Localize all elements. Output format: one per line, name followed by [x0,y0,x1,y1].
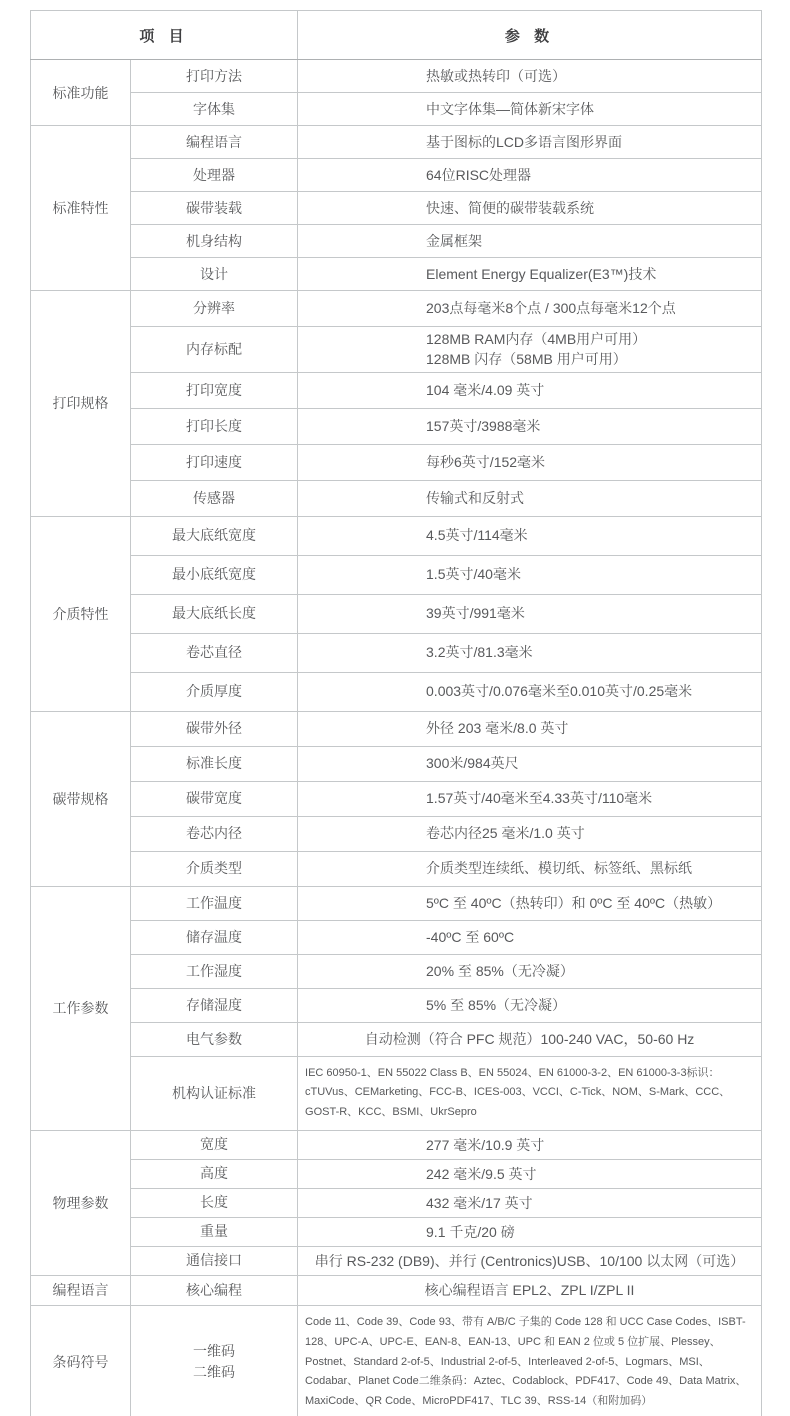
spec-label-cell: 介质类型 [131,851,298,886]
spec-value-cell: 157英寸/3988毫米 [298,408,762,444]
spec-row: 物理参数宽度277 毫米/10.9 英寸 [31,1130,762,1159]
spec-row: 碳带装载快速、简便的碳带装载系统 [31,192,762,225]
spec-value-cell: 基于图标的LCD多语言图形界面 [298,126,762,159]
spec-row: 储存温度-40ºC 至 60ºC [31,920,762,954]
category-cell: 条码符号 [31,1305,131,1416]
spec-row: 标准功能打印方法热敏或热转印（可选） [31,60,762,93]
spec-row: 机身结构金属框架 [31,225,762,258]
spec-label-cell: 电气参数 [131,1022,298,1056]
spec-row: 打印速度每秒6英寸/152毫米 [31,444,762,480]
spec-label-cell: 存储湿度 [131,988,298,1022]
spec-value-cell: 介质类型连续纸、模切纸、标签纸、黑标纸 [298,851,762,886]
spec-row: 介质类型介质类型连续纸、模切纸、标签纸、黑标纸 [31,851,762,886]
spec-label-cell: 通信接口 [131,1246,298,1275]
spec-value-cell: 277 毫米/10.9 英寸 [298,1130,762,1159]
spec-row: 介质特性最大底纸宽度4.5英寸/114毫米 [31,516,762,555]
spec-row: 打印规格分辨率203点每毫米8个点 / 300点每毫米12个点 [31,291,762,327]
spec-row: 电气参数自动检测（符合 PFC 规范）100-240 VAC，50-60 Hz [31,1022,762,1056]
spec-row: 字体集中文字体集—简体新宋字体 [31,93,762,126]
spec-value-cell: -40ºC 至 60ºC [298,920,762,954]
spec-row: 最大底纸长度39英寸/991毫米 [31,594,762,633]
category-cell: 标准特性 [31,126,131,291]
spec-label-cell: 设计 [131,258,298,291]
spec-label-cell: 碳带宽度 [131,781,298,816]
spec-label-cell: 介质厚度 [131,672,298,711]
spec-value-cell: 242 毫米/9.5 英寸 [298,1159,762,1188]
spec-label-cell: 处理器 [131,159,298,192]
spec-label-cell: 最大底纸宽度 [131,516,298,555]
spec-value-cell: IEC 60950-1、EN 55022 Class B、EN 55024、EN… [298,1056,762,1130]
spec-value-cell: Element Energy Equalizer(E3™)技术 [298,258,762,291]
spec-label-cell: 工作湿度 [131,954,298,988]
spec-value-cell: 128MB RAM内存（4MB用户可用） 128MB 闪存（58MB 用户可用） [298,327,762,373]
spec-row: 碳带规格碳带外径外径 203 毫米/8.0 英寸 [31,711,762,746]
spec-value-cell: Code 11、Code 39、Code 93、带有 A/B/C 子集的 Cod… [298,1305,762,1416]
spec-label-cell: 长度 [131,1188,298,1217]
spec-label-cell: 打印方法 [131,60,298,93]
spec-row: 设计Element Energy Equalizer(E3™)技术 [31,258,762,291]
spec-label-cell: 核心编程 [131,1275,298,1305]
spec-value-cell: 中文字体集—简体新宋字体 [298,93,762,126]
spec-row: 卷芯直径3.2英寸/81.3毫米 [31,633,762,672]
spec-row: 内存标配128MB RAM内存（4MB用户可用） 128MB 闪存（58MB 用… [31,327,762,373]
spec-row: 编程语言核心编程核心编程语言 EPL2、ZPL I/ZPL II [31,1275,762,1305]
spec-value-cell: 1.5英寸/40毫米 [298,555,762,594]
spec-value-cell: 39英寸/991毫米 [298,594,762,633]
category-cell: 碳带规格 [31,711,131,886]
spec-label-cell: 内存标配 [131,327,298,373]
spec-row: 打印宽度104 毫米/4.09 英寸 [31,372,762,408]
spec-value-cell: 432 毫米/17 英寸 [298,1188,762,1217]
spec-value-cell: 快速、简便的碳带装载系统 [298,192,762,225]
category-cell: 打印规格 [31,291,131,517]
category-cell: 物理参数 [31,1130,131,1275]
table-body: 标准功能打印方法热敏或热转印（可选）字体集中文字体集—简体新宋字体标准特性编程语… [31,60,762,1416]
spec-value-cell: 串行 RS-232 (DB9)、并行 (Centronics)USB、10/10… [298,1246,762,1275]
spec-value-cell: 9.1 千克/20 磅 [298,1217,762,1246]
spec-value-cell: 203点每毫米8个点 / 300点每毫米12个点 [298,291,762,327]
printer-spec-table: 项 目 参 数 标准功能打印方法热敏或热转印（可选）字体集中文字体集—简体新宋字… [30,10,762,1416]
header-param-column: 参 数 [298,11,762,60]
spec-value-cell: 金属框架 [298,225,762,258]
spec-label-cell: 碳带装载 [131,192,298,225]
spec-value-cell: 300米/984英尺 [298,746,762,781]
spec-row: 标准长度300米/984英尺 [31,746,762,781]
spec-label-cell: 宽度 [131,1130,298,1159]
spec-value-cell: 热敏或热转印（可选） [298,60,762,93]
spec-value-cell: 传输式和反射式 [298,480,762,516]
spec-row: 介质厚度0.003英寸/0.076毫米至0.010英寸/0.25毫米 [31,672,762,711]
spec-row: 条码符号一维码 二维码Code 11、Code 39、Code 93、带有 A/… [31,1305,762,1416]
spec-label-cell: 打印速度 [131,444,298,480]
spec-value-cell: 自动检测（符合 PFC 规范）100-240 VAC，50-60 Hz [298,1022,762,1056]
spec-label-cell: 标准长度 [131,746,298,781]
header-item-column: 项 目 [31,11,298,60]
spec-label-cell: 最小底纸宽度 [131,555,298,594]
spec-value-cell: 5ºC 至 40ºC（热转印）和 0ºC 至 40ºC（热敏） [298,886,762,920]
spec-label-cell: 分辨率 [131,291,298,327]
spec-page: 项 目 参 数 标准功能打印方法热敏或热转印（可选）字体集中文字体集—简体新宋字… [0,0,790,1416]
spec-row: 机构认证标准IEC 60950-1、EN 55022 Class B、EN 55… [31,1056,762,1130]
spec-label-cell: 字体集 [131,93,298,126]
spec-label-cell: 一维码 二维码 [131,1305,298,1416]
spec-label-cell: 碳带外径 [131,711,298,746]
spec-value-cell: 4.5英寸/114毫米 [298,516,762,555]
spec-row: 卷芯内径卷芯内径25 毫米/1.0 英寸 [31,816,762,851]
spec-row: 处理器64位RISC处理器 [31,159,762,192]
spec-value-cell: 每秒6英寸/152毫米 [298,444,762,480]
spec-row: 重量9.1 千克/20 磅 [31,1217,762,1246]
category-cell: 介质特性 [31,516,131,711]
spec-row: 长度432 毫米/17 英寸 [31,1188,762,1217]
spec-row: 工作湿度20% 至 85%（无冷凝） [31,954,762,988]
category-cell: 编程语言 [31,1275,131,1305]
spec-label-cell: 传感器 [131,480,298,516]
spec-value-cell: 3.2英寸/81.3毫米 [298,633,762,672]
spec-label-cell: 重量 [131,1217,298,1246]
spec-label-cell: 工作温度 [131,886,298,920]
spec-label-cell: 机构认证标准 [131,1056,298,1130]
spec-value-cell: 核心编程语言 EPL2、ZPL I/ZPL II [298,1275,762,1305]
spec-label-cell: 最大底纸长度 [131,594,298,633]
spec-row: 标准特性编程语言基于图标的LCD多语言图形界面 [31,126,762,159]
spec-label-cell: 卷芯内径 [131,816,298,851]
spec-row: 工作参数工作温度5ºC 至 40ºC（热转印）和 0ºC 至 40ºC（热敏） [31,886,762,920]
spec-value-cell: 64位RISC处理器 [298,159,762,192]
category-cell: 标准功能 [31,60,131,126]
spec-row: 通信接口串行 RS-232 (DB9)、并行 (Centronics)USB、1… [31,1246,762,1275]
spec-label-cell: 打印长度 [131,408,298,444]
spec-row: 打印长度157英寸/3988毫米 [31,408,762,444]
spec-row: 传感器传输式和反射式 [31,480,762,516]
spec-label-cell: 卷芯直径 [131,633,298,672]
spec-label-cell: 高度 [131,1159,298,1188]
spec-value-cell: 20% 至 85%（无冷凝） [298,954,762,988]
spec-value-cell: 5% 至 85%（无冷凝） [298,988,762,1022]
spec-value-cell: 卷芯内径25 毫米/1.0 英寸 [298,816,762,851]
spec-row: 高度242 毫米/9.5 英寸 [31,1159,762,1188]
spec-label-cell: 编程语言 [131,126,298,159]
spec-value-cell: 104 毫米/4.09 英寸 [298,372,762,408]
spec-value-cell: 0.003英寸/0.076毫米至0.010英寸/0.25毫米 [298,672,762,711]
category-cell: 工作参数 [31,886,131,1130]
spec-value-cell: 1.57英寸/40毫米至4.33英寸/110毫米 [298,781,762,816]
table-header-row: 项 目 参 数 [31,11,762,60]
spec-label-cell: 打印宽度 [131,372,298,408]
spec-label-cell: 机身结构 [131,225,298,258]
table-header: 项 目 参 数 [31,11,762,60]
spec-row: 存储湿度5% 至 85%（无冷凝） [31,988,762,1022]
spec-label-cell: 储存温度 [131,920,298,954]
spec-row: 碳带宽度1.57英寸/40毫米至4.33英寸/110毫米 [31,781,762,816]
spec-value-cell: 外径 203 毫米/8.0 英寸 [298,711,762,746]
spec-row: 最小底纸宽度1.5英寸/40毫米 [31,555,762,594]
